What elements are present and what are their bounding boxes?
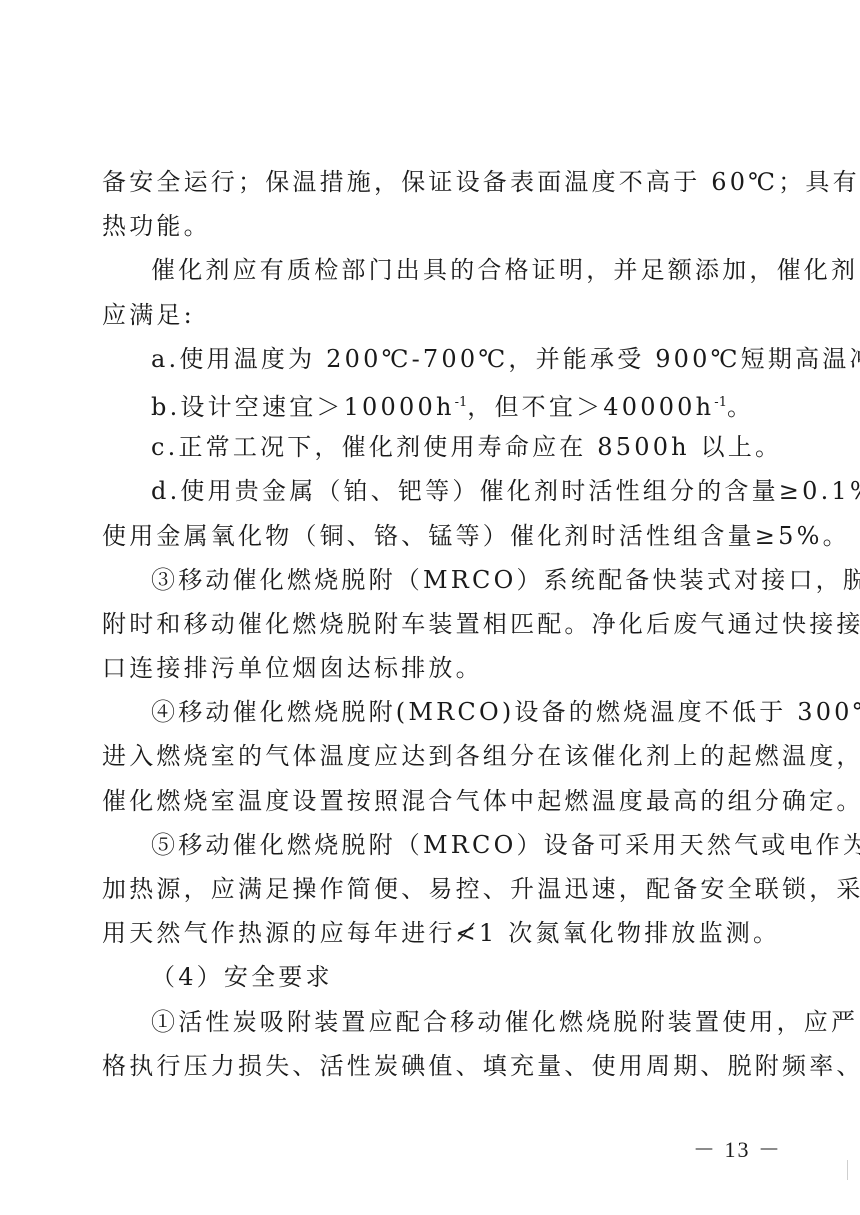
text-fragment: ，但不宜＞40000h	[467, 393, 714, 421]
list-item-b: b.设计空速宜＞10000h-1，但不宜＞40000h-1。	[102, 381, 758, 425]
section-heading: （4）安全要求	[102, 955, 758, 999]
text-line: 口连接排污单位烟囱达标排放。	[102, 646, 758, 690]
paragraph-3: ③移动催化燃烧脱附（MRCO）系统配备快装式对接口，脱	[102, 558, 758, 602]
text-line: 催化燃烧室温度设置按照混合气体中起燃温度最高的组分确定。	[102, 779, 758, 823]
text-line: 用天然气作热源的应每年进行≮1 次氮氧化物排放监测。	[102, 911, 758, 955]
superscript: -1	[714, 395, 727, 410]
text-line: 格执行压力损失、活性炭碘值、填充量、使用周期、脱附频率、	[102, 1044, 758, 1088]
text-line: 催化剂应有质检部门出具的合格证明，并足额添加，催化剂	[102, 248, 758, 292]
paragraph-5: ⑤移动催化燃烧脱附（MRCO）设备可采用天然气或电作为	[102, 823, 758, 867]
paragraph-4: ④移动催化燃烧脱附(MRCO)设备的燃烧温度不低于 300℃;	[102, 690, 758, 734]
text-fragment: 。	[727, 393, 754, 421]
page-number: － 13 －	[693, 1133, 782, 1164]
paragraph-safety-1: ①活性炭吸附装置应配合移动催化燃烧脱附装置使用，应严	[102, 1000, 758, 1044]
text-line: 加热源，应满足操作简便、易控、升温迅速，配备安全联锁，采	[102, 867, 758, 911]
text-line: 备安全运行；保温措施，保证设备表面温度不高于 60℃；具有换	[102, 160, 758, 204]
superscript: -1	[455, 395, 468, 410]
text-fragment: b.设计空速宜＞10000h	[151, 393, 455, 421]
list-item-c: c.正常工况下，催化剂使用寿命应在 8500h 以上。	[102, 425, 758, 469]
text-line: 应满足:	[102, 293, 758, 337]
document-body: 备安全运行；保温措施，保证设备表面温度不高于 60℃；具有换 热功能。 催化剂应…	[102, 160, 758, 1088]
text-line: 附时和移动催化燃烧脱附车装置相匹配。净化后废气通过快接接	[102, 602, 758, 646]
list-item-d: d.使用贵金属（铂、钯等）催化剂时活性组分的含量≥0.1%;	[102, 469, 758, 513]
scan-edge-mark	[847, 1160, 848, 1180]
text-line: 使用金属氧化物（铜、铬、锰等）催化剂时活性组含量≥5%。	[102, 514, 758, 558]
text-line: 进入燃烧室的气体温度应达到各组分在该催化剂上的起燃温度，	[102, 734, 758, 778]
text-line: 热功能。	[102, 204, 758, 248]
list-item-a: a.使用温度为 200℃-700℃，并能承受 900℃短期高温冲击。	[102, 337, 758, 381]
